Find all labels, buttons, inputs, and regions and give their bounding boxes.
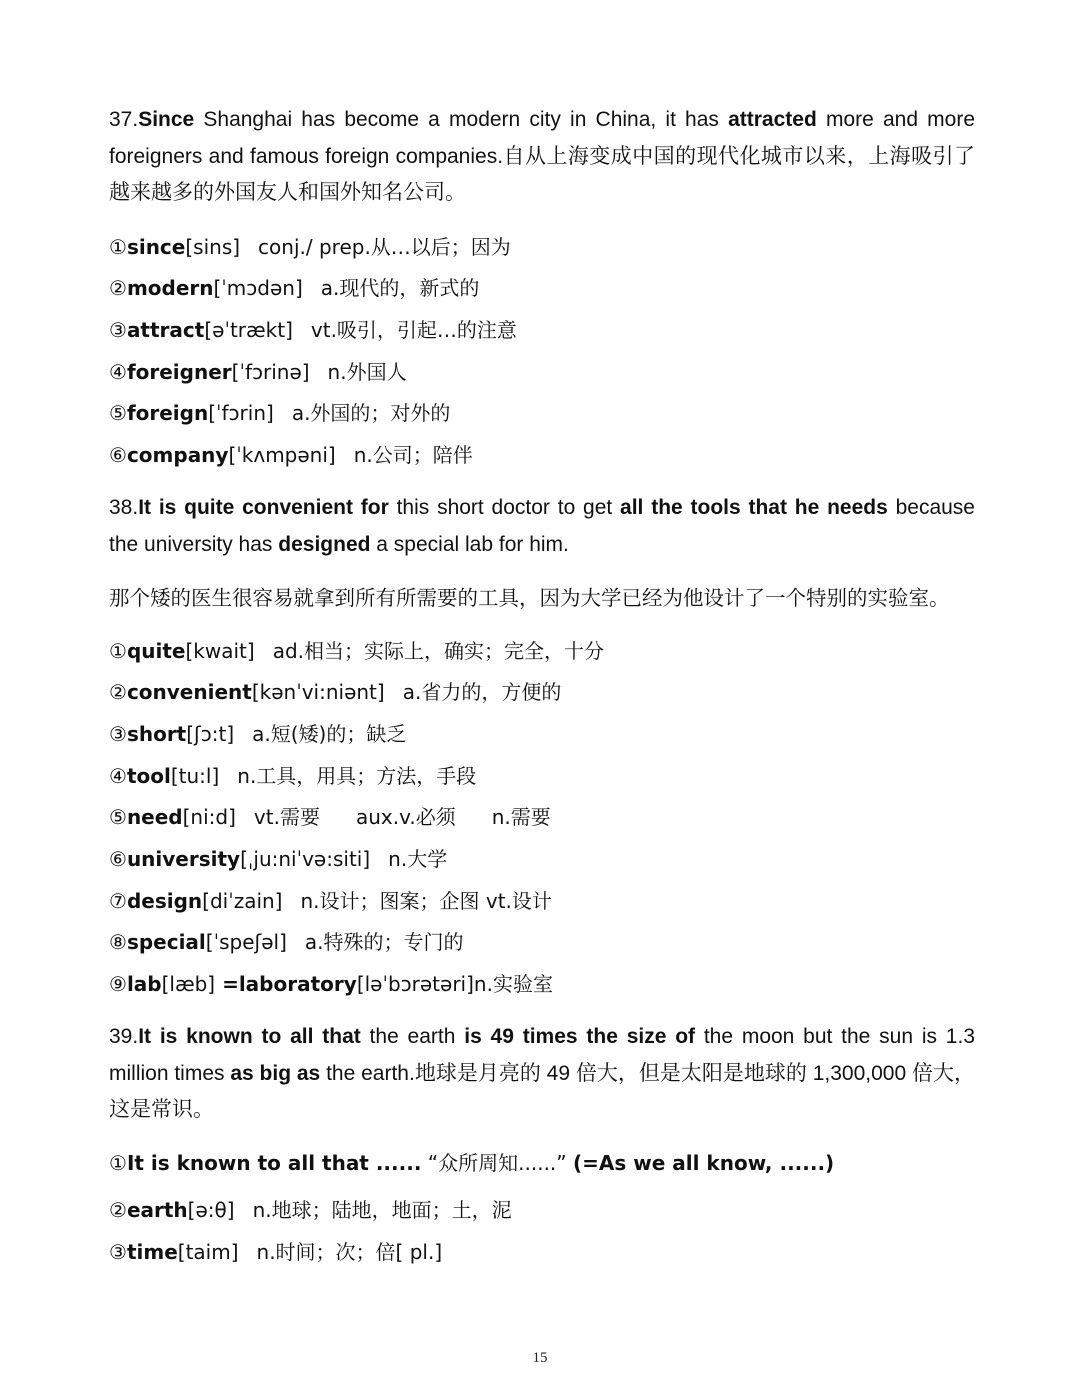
- vocab-word: since: [127, 235, 185, 259]
- item-number: ①: [109, 1151, 127, 1175]
- phonetic: [taim]: [178, 1240, 239, 1264]
- definition: conj./ prep.从…以后；因为: [258, 235, 511, 259]
- keyword: Since: [138, 108, 194, 131]
- item-number: ③: [109, 318, 127, 342]
- phonetic: [ˈspeʃəl]: [206, 930, 287, 954]
- item-number: ②: [109, 680, 127, 704]
- sentence-number: 39.: [109, 1025, 138, 1048]
- phonetic: [læb]: [162, 972, 216, 996]
- item-number: ⑥: [109, 443, 127, 467]
- keyword: as big as: [230, 1062, 320, 1085]
- definition: n.时间；次；倍[ pl.]: [257, 1240, 443, 1264]
- phonetic: [ləˈbɔrətəri]: [357, 972, 474, 996]
- vocab-item: ②modern[ˈmɔdən]a.现代的，新式的: [109, 273, 479, 303]
- vocab-item: ③attract[əˈtrækt]vt.吸引，引起…的注意: [109, 315, 517, 345]
- vocab-item: ①since[sins]conj./ prep.从…以后；因为: [109, 232, 511, 262]
- phonetic: [ni:d]: [183, 805, 236, 829]
- sentence-text: the earth: [361, 1025, 464, 1048]
- vocab-item: ④foreigner[ˈfɔrinə]n.外国人: [109, 357, 407, 387]
- definition: vt.吸引，引起…的注意: [311, 318, 517, 342]
- sentence-translation: 那个矮的医生很容易就拿到所有所需要的工具，因为大学已经为他设计了一个特别的实验室…: [109, 583, 975, 613]
- phonetic: [diˈzain]: [202, 889, 282, 913]
- sentence-39: 39.It is known to all that the earth is …: [109, 1019, 975, 1129]
- item-number: ②: [109, 276, 127, 300]
- phonetic: [sins]: [185, 235, 240, 259]
- sentence-text: this short doctor to get: [389, 496, 620, 519]
- phonetic: [ˈfɔrinə]: [232, 360, 310, 384]
- vocab-item: ①It is known to all that ...... “众所周知...…: [109, 1148, 834, 1178]
- vocab-phrase: It is known to all that ......: [127, 1151, 421, 1175]
- sentence-38: 38.It is quite convenient for this short…: [109, 490, 975, 563]
- item-number: ⑧: [109, 930, 127, 954]
- definition: n.大学: [388, 847, 447, 871]
- definition: a.现代的，新式的: [321, 276, 480, 300]
- phrase-synonym: (=As we all know, ......): [573, 1151, 834, 1175]
- vocab-word: design: [127, 889, 202, 913]
- phonetic: [kənˈvi:niənt]: [252, 680, 385, 704]
- vocab-item: ②convenient[kənˈvi:niənt]a.省力的，方便的: [109, 677, 561, 707]
- definition: aux.v.必须: [356, 805, 456, 829]
- vocab-item: ⑤need[ni:d]vt.需要aux.v.必须n.需要: [109, 802, 551, 832]
- keyword: all the tools that he needs: [620, 496, 888, 519]
- vocab-word: tool: [127, 764, 171, 788]
- keyword: It is quite convenient for: [138, 496, 389, 519]
- item-number: ②: [109, 1198, 127, 1222]
- vocab-word: university: [127, 847, 240, 871]
- item-number: ⑨: [109, 972, 127, 996]
- item-number: ④: [109, 360, 127, 384]
- definition: “众所周知......”: [421, 1151, 573, 1175]
- definition: n.实验室: [474, 972, 553, 996]
- item-number: ⑥: [109, 847, 127, 871]
- phonetic: [ˈkʌmpəni]: [228, 443, 335, 467]
- phonetic: [ə:θ]: [188, 1198, 235, 1222]
- vocab-word: foreigner: [127, 360, 232, 384]
- vocab-item: ⑥company[ˈkʌmpəni]n.公司；陪伴: [109, 440, 473, 470]
- sentence-number: 38.: [109, 496, 138, 519]
- vocab-word: quite: [127, 639, 186, 663]
- definition: vt.需要: [254, 805, 320, 829]
- vocab-word: earth: [127, 1198, 188, 1222]
- vocab-word: short: [127, 722, 186, 746]
- sentence-text: Shanghai has become a modern city in Chi…: [194, 108, 728, 131]
- vocab-item: ①quite[kwait]ad.相当；实际上，确实；完全，十分: [109, 636, 604, 666]
- vocab-word: special: [127, 930, 206, 954]
- keyword: attracted: [728, 108, 817, 131]
- keyword: designed: [278, 533, 370, 556]
- sentence-37: 37.Since Shanghai has become a modern ci…: [109, 102, 975, 212]
- vocab-item: ⑤foreign[ˈfɔrin]a.外国的；对外的: [109, 398, 450, 428]
- definition: n.设计；图案；企图 vt.设计: [300, 889, 551, 913]
- vocab-item: ③time[taim]n.时间；次；倍[ pl.]: [109, 1237, 442, 1267]
- definition: n.工具，用具；方法，手段: [237, 764, 476, 788]
- item-number: ④: [109, 764, 127, 788]
- definition: n.外国人: [328, 360, 407, 384]
- phonetic: [əˈtrækt]: [204, 318, 293, 342]
- item-number: ⑤: [109, 401, 127, 425]
- vocab-word: =laboratory: [215, 972, 357, 996]
- sentence-number: 37.: [109, 108, 138, 131]
- phonetic: [tu:l]: [171, 764, 219, 788]
- vocab-item: ⑨lab[læb] =laboratory[ləˈbɔrətəri]n.实验室: [109, 969, 553, 999]
- vocab-item: ④tool[tu:l]n.工具，用具；方法，手段: [109, 761, 476, 791]
- item-number: ①: [109, 235, 127, 259]
- vocab-item: ⑥university[ˌju:niˈvə:siti]n.大学: [109, 844, 447, 874]
- phonetic: [kwait]: [185, 639, 254, 663]
- vocab-word: need: [127, 805, 183, 829]
- item-number: ⑦: [109, 889, 127, 913]
- vocab-item: ③short[ʃɔ:t]a.短(矮)的；缺乏: [109, 719, 406, 749]
- definition: a.短(矮)的；缺乏: [252, 722, 406, 746]
- vocab-word: time: [127, 1240, 178, 1264]
- definition: a.省力的，方便的: [403, 680, 562, 704]
- keyword: is 49 times the size of: [464, 1025, 695, 1048]
- definition: a.特殊的；专门的: [305, 930, 464, 954]
- definition: a.外国的；对外的: [292, 401, 451, 425]
- phonetic: [ˈmɔdən]: [214, 276, 303, 300]
- definition: n.地球；陆地，地面；土，泥: [253, 1198, 512, 1222]
- vocab-word: attract: [127, 318, 204, 342]
- vocab-word: lab: [127, 972, 162, 996]
- item-number: ①: [109, 639, 127, 663]
- vocab-item: ②earth[ə:θ]n.地球；陆地，地面；土，泥: [109, 1195, 512, 1225]
- keyword: It is known to all that: [138, 1025, 361, 1048]
- vocab-word: company: [127, 443, 229, 467]
- vocab-word: convenient: [127, 680, 252, 704]
- item-number: ③: [109, 722, 127, 746]
- vocab-word: foreign: [127, 401, 208, 425]
- page-number: 15: [0, 1350, 1080, 1367]
- item-number: ③: [109, 1240, 127, 1264]
- definition: ad.相当；实际上，确实；完全，十分: [273, 639, 604, 663]
- item-number: ⑤: [109, 805, 127, 829]
- sentence-text: a special lab for him.: [370, 533, 568, 556]
- vocab-item: ⑧special[ˈspeʃəl]a.特殊的；专门的: [109, 927, 464, 957]
- vocab-item: ⑦design[diˈzain]n.设计；图案；企图 vt.设计: [109, 886, 552, 916]
- definition: n.需要: [492, 805, 551, 829]
- phonetic: [ˈfɔrin]: [208, 401, 274, 425]
- phonetic: [ˌju:niˈvə:siti]: [240, 847, 370, 871]
- vocab-word: modern: [127, 276, 214, 300]
- definition: n.公司；陪伴: [354, 443, 473, 467]
- phonetic: [ʃɔ:t]: [186, 722, 234, 746]
